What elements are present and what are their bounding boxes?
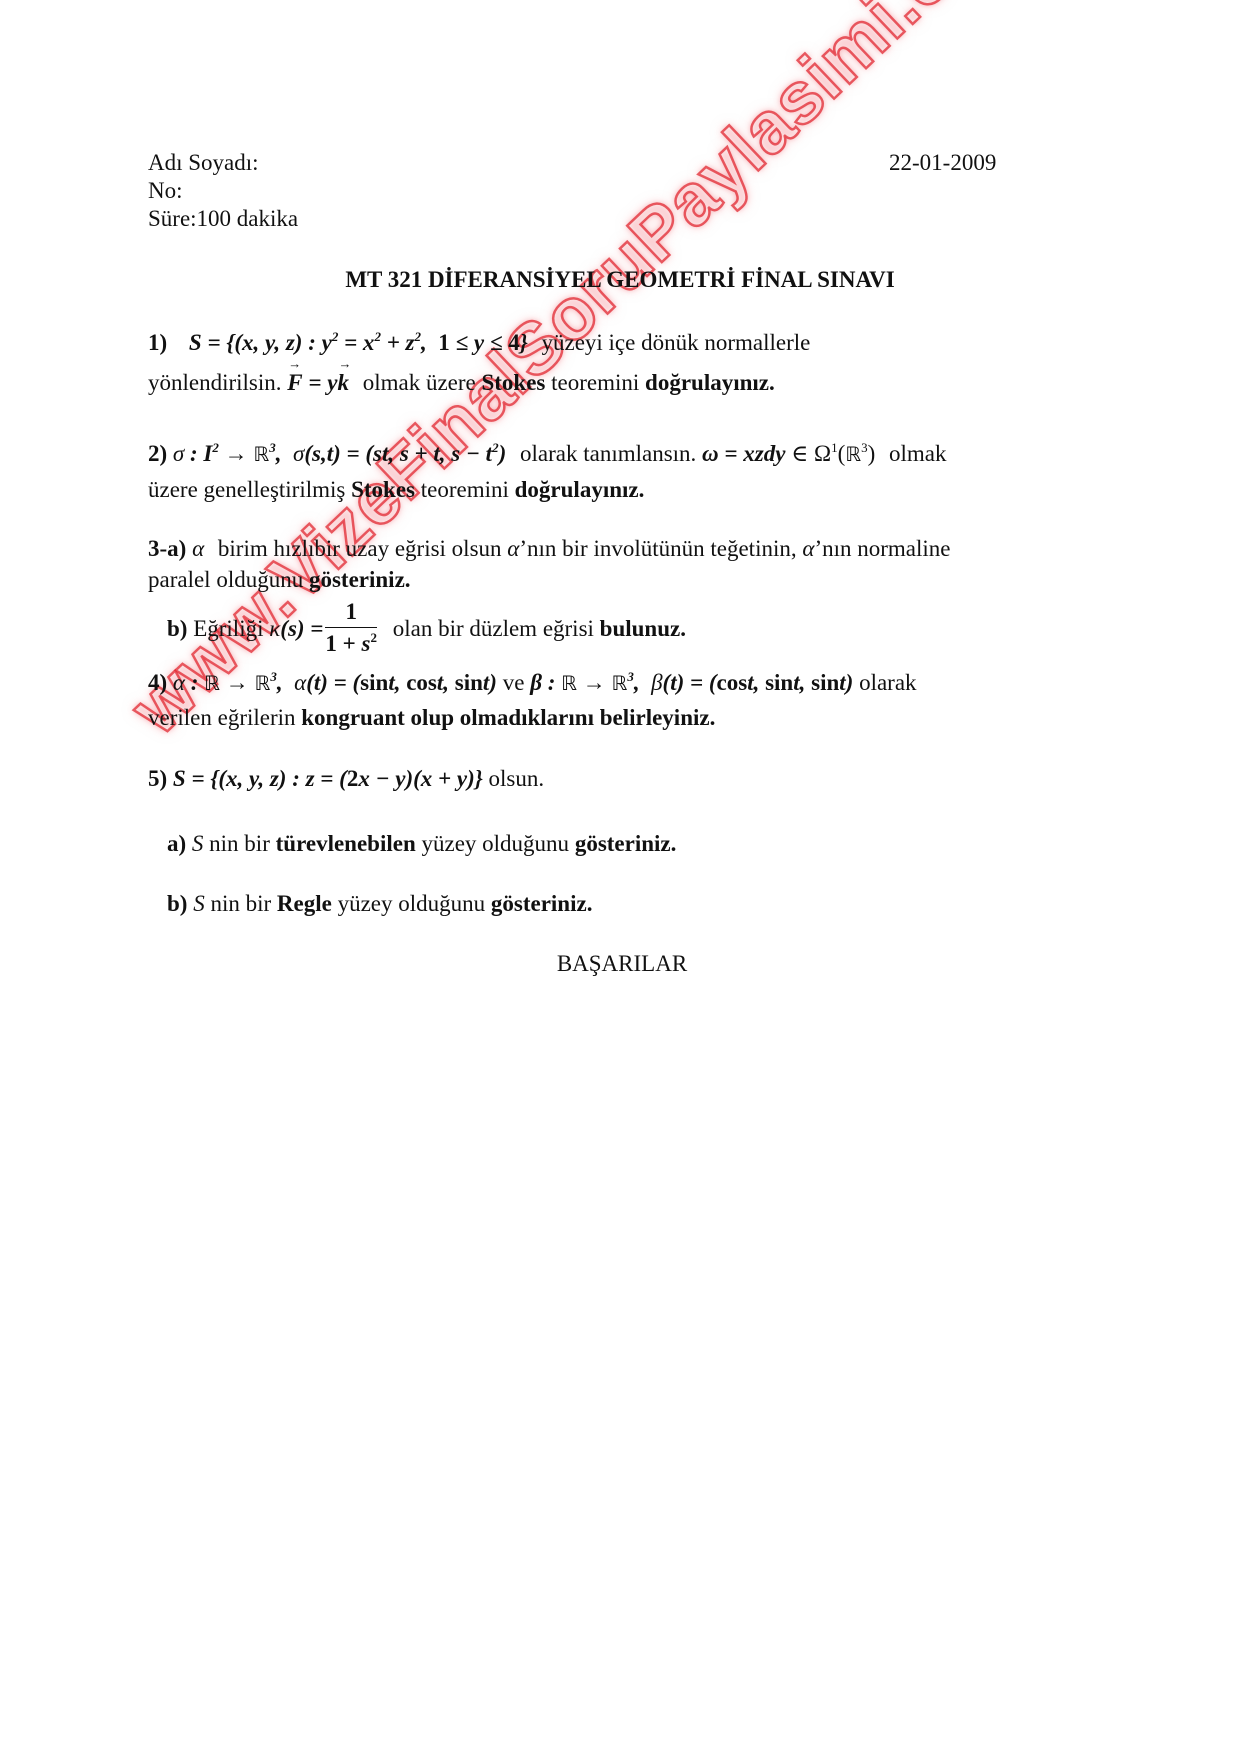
question-3b: b) Eğriliği κ(s) =11 + s2 olan bir düzle…: [167, 603, 686, 658]
question-3a-line-1: 3-a) α birim hızlıbir uzay eğrisi olsun …: [148, 537, 950, 560]
question-4-line-2: verilen eğrilerin kongruant olup olmadık…: [148, 706, 715, 729]
keyword-differentiable: türevlenebilen: [276, 831, 416, 856]
keyword-ruled: Regle: [277, 891, 332, 916]
formula-curvature: κ(s) =: [269, 616, 323, 641]
question-number: a): [167, 831, 186, 856]
formula-alpha-curve: α : ℝ → ℝ3, α(t) = (sint, cost, sint): [173, 670, 497, 695]
question-number: 2): [148, 441, 167, 466]
question-5: 5) S = {(x, y, z) : z = (2x − y)(x + y)}…: [148, 767, 544, 790]
question-2-line-2: üzere genelleştirilmiş Stokes teoremini …: [148, 478, 644, 501]
question-text: yüzey olduğunu: [422, 831, 570, 856]
symbol-s: S: [193, 891, 205, 916]
question-text: olan bir düzlem eğrisi: [393, 616, 594, 641]
question-text: olarak tanımlansın.: [520, 441, 696, 466]
instruction-show: gösteriniz.: [575, 831, 677, 856]
question-2-line-1: 2) σ : I2 → ℝ3, σ(s,t) = (st, s + t, s −…: [148, 442, 947, 465]
name-label: Adı Soyadı:: [148, 151, 259, 174]
instruction-show: gösteriniz.: [309, 567, 411, 592]
formula-surface: S = {(x, y, z) : z = (2x − y)(x + y)}: [173, 766, 483, 791]
question-number: 3-a): [148, 536, 186, 561]
instruction-determine: kongruant olup olmadıklarını belirleyini…: [301, 705, 715, 730]
question-3a-line-2: paralel olduğunu gösteriniz.: [148, 568, 411, 591]
curvature-fraction: 11 + s2: [325, 600, 377, 655]
question-text: birim hızlıbir uzay eğrisi olsun: [218, 536, 502, 561]
formula-sigma: σ : I2 → ℝ3, σ(s,t) = (st, s + t, s − t2…: [173, 441, 506, 466]
question-text: ’nın normaline: [814, 536, 950, 561]
exam-title: MT 321 DİFERANSİYEL GEOMETRİ FİNAL SINAV…: [0, 268, 1240, 291]
instruction-show: gösteriniz.: [491, 891, 593, 916]
question-number: 4): [148, 670, 167, 695]
question-number: b): [167, 891, 187, 916]
symbol-s: S: [192, 831, 204, 856]
instruction-find: bulunuz.: [600, 616, 686, 641]
symbol-alpha: α: [192, 536, 204, 561]
question-1-line-2: yönlendirilsin. F = yk olmak üzere Stoke…: [148, 371, 775, 394]
exam-date: 22-01-2009: [889, 151, 996, 174]
formula-vector-field: F = yk: [287, 370, 349, 395]
instruction-verify: doğrulayınız.: [645, 370, 775, 395]
number-label: No:: [148, 179, 183, 202]
question-5b: b) S nin bir Regle yüzey olduğunu göster…: [167, 892, 592, 915]
symbol-alpha: α: [802, 536, 814, 561]
question-4-line-1: 4) α : ℝ → ℝ3, α(t) = (sint, cost, sint)…: [148, 671, 917, 694]
question-text: verilen eğrilerin: [148, 705, 296, 730]
question-number: b): [167, 616, 187, 641]
question-text: üzere genelleştirilmiş: [148, 477, 345, 502]
question-1-line-1: 1) S = {(x, y, z) : y2 = x2 + z2, 1 ≤ y …: [148, 331, 810, 354]
question-text: olmak üzere: [363, 370, 476, 395]
keyword-stokes: Stokes: [481, 370, 545, 395]
formula-beta-curve: β : ℝ → ℝ3, β(t) = (cost, sint, sint): [530, 670, 853, 695]
question-text: teoremini: [421, 477, 509, 502]
question-text: nin bir: [209, 831, 270, 856]
question-text: yüzey olduğunu: [338, 891, 486, 916]
question-text: teoremini: [551, 370, 639, 395]
formula-surface: S = {(x, y, z) : y2 = x2 + z2, 1 ≤ y ≤ 4…: [189, 330, 528, 355]
question-number: 1): [148, 330, 167, 355]
instruction-verify: doğrulayınız.: [515, 477, 645, 502]
question-text: ’nın bir involütünün teğetinin,: [519, 536, 796, 561]
question-text: ve: [503, 670, 525, 695]
question-text: yüzeyi içe dönük normallerle: [541, 330, 810, 355]
symbol-alpha: α: [507, 536, 519, 561]
question-number: 5): [148, 766, 167, 791]
question-text: yönlendirilsin.: [148, 370, 282, 395]
formula-omega: ω = xzdy ∈ Ω1(ℝ3): [702, 441, 875, 466]
keyword-stokes: Stokes: [351, 477, 415, 502]
question-text: olsun.: [489, 766, 545, 791]
question-text: nin bir: [210, 891, 271, 916]
duration-label: Süre:100 dakika: [148, 207, 298, 230]
question-text: paralel olduğunu: [148, 567, 303, 592]
question-text: Eğriliği: [193, 616, 263, 641]
question-text: olarak: [859, 670, 916, 695]
question-5a: a) S nin bir türevlenebilen yüzey olduğu…: [167, 832, 676, 855]
question-text: olmak: [889, 441, 947, 466]
closing-message: BAŞARILAR: [0, 952, 1240, 975]
